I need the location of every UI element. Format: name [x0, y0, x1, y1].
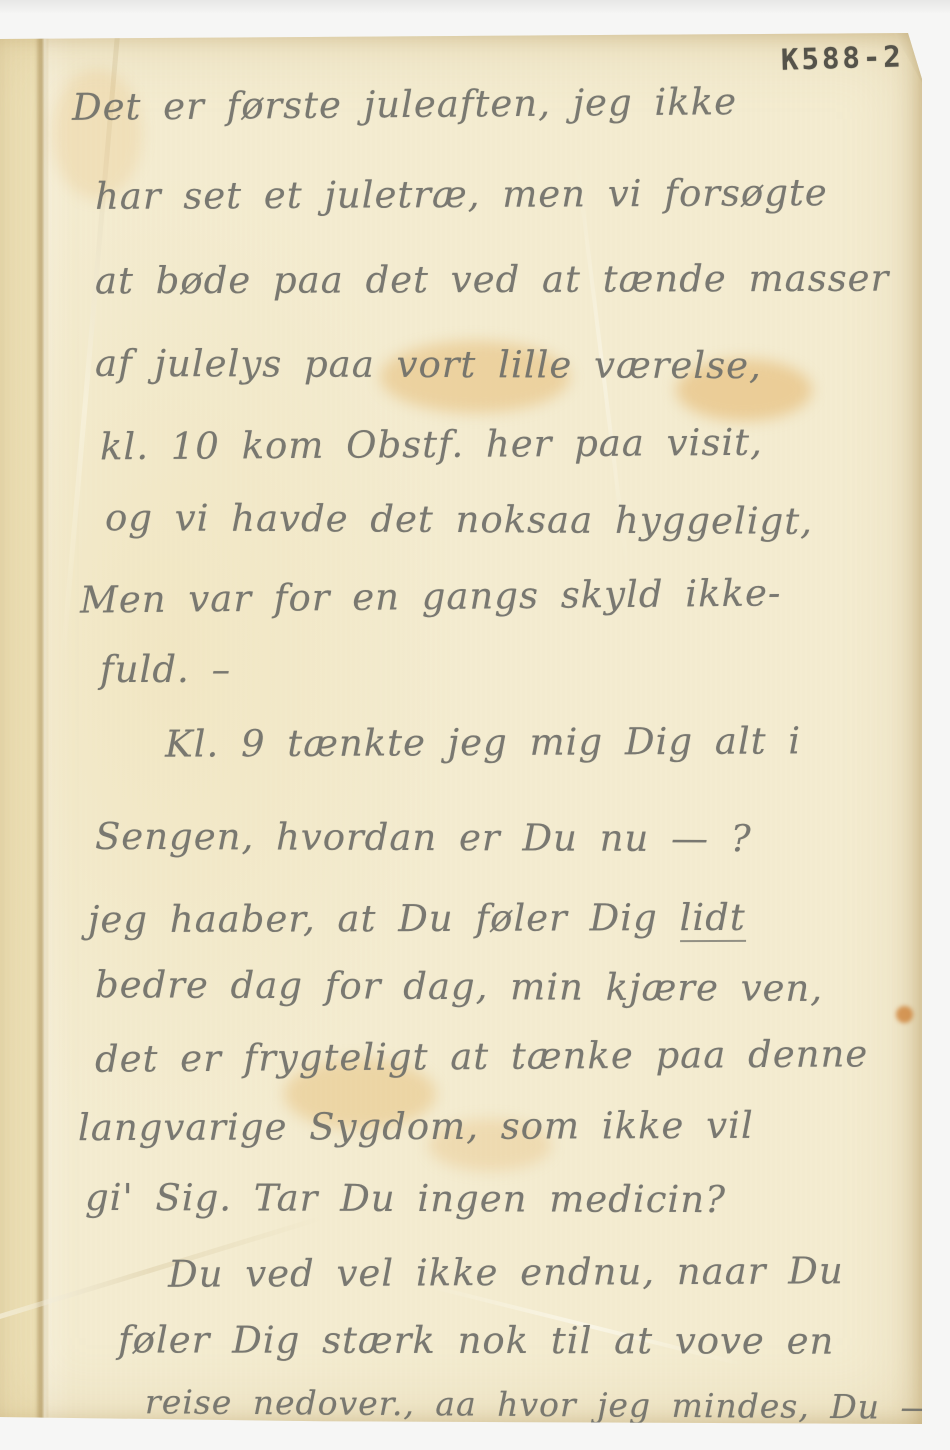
handwritten-line: Det er første juleaften, jeg ikke: [72, 80, 737, 129]
line-text: bedre dag for dag, min kjære ven,: [95, 963, 823, 1010]
handwritten-line: fuld. –: [100, 648, 231, 691]
fold-crease-vertical: [36, 33, 48, 1424]
handwritten-line: Sengen, hvordan er Du nu — ?: [95, 815, 752, 860]
handwritten-line: jeg haaber, at Du føler Dig lidt: [88, 896, 746, 941]
handwritten-line: Du ved vel ikke endnu, naar Du: [168, 1249, 844, 1296]
handwritten-line: føler Dig stærk nok til at vove en: [118, 1318, 834, 1362]
line-text: langvarige Sygdom, som ikke vil: [78, 1104, 754, 1149]
letter-paper: K588-2 Det er første juleaften, jeg ikke…: [0, 33, 922, 1424]
handwritten-line: gi' Sig. Tar Du ingen medicin?: [85, 1176, 726, 1221]
handwritten-line: at bøde paa det ved at tænde masser: [95, 257, 889, 303]
paper-stain: [896, 1006, 913, 1023]
line-text: reise nedover., aa hvor jeg mindes, Du —: [145, 1382, 935, 1427]
line-text: det er frygteligt at tænke paa denne: [95, 1032, 869, 1080]
handwritten-line: af julelys paa vort lille værelse,: [95, 342, 762, 387]
line-text: jeg haaber, at Du føler Dig: [88, 896, 680, 941]
line-text: Men var for en gangs skyld ikke-: [80, 571, 782, 621]
handwritten-line: det er frygteligt at tænke paa denne: [95, 1032, 869, 1080]
handwritten-line: Kl. 9 tænkte jeg mig Dig alt i: [165, 719, 801, 765]
line-text: kl. 10 kom Obstf. her paa visit,: [100, 421, 763, 469]
handwritten-line: reise nedover., aa hvor jeg mindes, Du —: [145, 1382, 935, 1427]
handwritten-line: har set et juletræ, men vi forsøgte: [95, 171, 828, 218]
line-text: Sengen, hvordan er Du nu — ?: [95, 815, 752, 860]
line-text: fuld. –: [100, 648, 231, 691]
handwritten-line: bedre dag for dag, min kjære ven,: [95, 963, 823, 1010]
line-text: har set et juletræ, men vi forsøgte: [95, 171, 828, 218]
line-text: af julelys paa vort lille værelse,: [95, 342, 762, 387]
line-text: føler Dig stærk nok til at vove en: [118, 1318, 834, 1362]
line-text: og vi havde det noksaa hyggeligt,: [105, 496, 813, 543]
handwritten-line: og vi havde det noksaa hyggeligt,: [105, 496, 813, 543]
handwritten-line: Men var for en gangs skyld ikke-: [80, 571, 782, 621]
line-text: gi' Sig. Tar Du ingen medicin?: [85, 1176, 726, 1221]
line-text: Det er første juleaften, jeg ikke: [72, 80, 737, 129]
line-text: at bøde paa det ved at tænde masser: [95, 257, 889, 303]
archival-number: K588-2: [781, 39, 905, 76]
handwritten-line: langvarige Sygdom, som ikke vil: [78, 1104, 754, 1149]
handwritten-line: kl. 10 kom Obstf. her paa visit,: [100, 421, 763, 469]
line-text: Kl. 9 tænkte jeg mig Dig alt i: [165, 719, 801, 765]
scanned-letter-page: K588-2 Det er første juleaften, jeg ikke…: [0, 0, 950, 1450]
line-text: Du ved vel ikke endnu, naar Du: [168, 1249, 844, 1296]
underlined-word: lidt: [679, 896, 745, 942]
